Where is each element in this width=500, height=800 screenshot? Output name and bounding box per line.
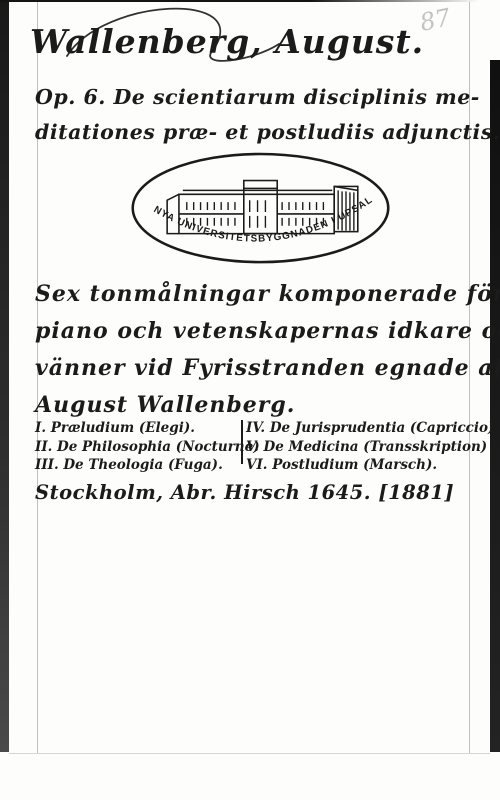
- card-bottom-edge: [9, 753, 490, 754]
- dedication-line-3: vänner vid Fyrisstranden egnade af: [35, 350, 500, 387]
- scan-edge-top: [0, 0, 500, 2]
- publisher-imprint: Stockholm, Abr. Hirsch 1645. [1881]: [35, 481, 454, 504]
- movement-list-right: IV. De Jurisprudentia (Capriccio) V. De …: [243, 419, 494, 475]
- movement-5: V. De Medicina (Transskription): [246, 438, 494, 457]
- catalog-card-scan: 87 Wallenberg, August. Op. 6. De scienti…: [0, 0, 500, 800]
- movement-6: VI. Postludium (Marsch).: [246, 456, 494, 475]
- movement-1: I. Præludium (Elegi).: [35, 419, 241, 438]
- university-building-vignette: NYA UNIVERSITETSBYGGNADEN I UPSALA: [118, 150, 403, 272]
- dedication-line-2: piano och vetenskapernas idkare och: [35, 313, 500, 350]
- movement-2: II. De Philosophia (Nocturne): [35, 438, 241, 457]
- opus-title-line-2: ditationes præ- et postludiis adjunctis.: [35, 115, 500, 150]
- movement-list: I. Præludium (Elegi). II. De Philosophia…: [35, 419, 478, 475]
- dedication-line-1: Sex tonmålningar komponerade för: [35, 276, 500, 313]
- opus-title-line-1: Op. 6. De scientiarum disciplinis me-: [35, 80, 500, 115]
- movement-list-left: I. Præludium (Elegi). II. De Philosophia…: [35, 419, 241, 475]
- movement-3: III. De Theologia (Fuga).: [35, 456, 241, 475]
- scan-edge-left: [0, 0, 9, 752]
- university-building-drawing: NYA UNIVERSITETSBYGGNADEN I UPSALA: [118, 150, 403, 272]
- composer-name: Wallenberg, August.: [30, 22, 424, 61]
- movement-4: IV. De Jurisprudentia (Capriccio): [246, 419, 494, 438]
